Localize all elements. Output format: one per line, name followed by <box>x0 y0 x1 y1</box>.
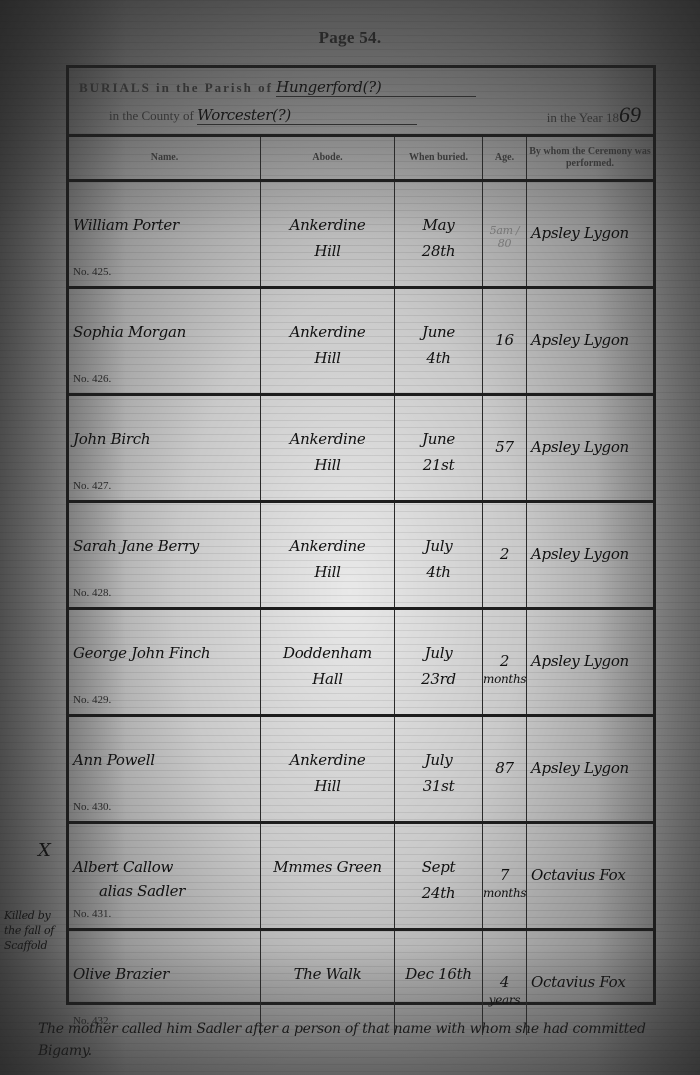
cell-officiant: Apsley Lygon <box>527 182 653 286</box>
entry-name: Olive Brazier <box>73 965 169 983</box>
header-when-buried: When buried. <box>395 137 483 179</box>
cell-abode: Doddenham Hall <box>261 610 395 714</box>
cell-age: 2 <box>483 503 527 607</box>
page-number: Page 54. <box>0 28 700 48</box>
header-age: Age. <box>483 137 527 179</box>
entry-day: 4th <box>395 349 482 367</box>
entry-abode: Doddenham <box>261 644 394 662</box>
entry-month: July <box>395 751 482 769</box>
entry-month: Dec 16th <box>395 965 482 983</box>
cell-officiant: Apsley Lygon <box>527 717 653 821</box>
cell-abode: Ankerdine Hill <box>261 396 395 500</box>
column-headers: Name. Abode. When buried. Age. By whom t… <box>69 137 653 182</box>
entry-month: July <box>395 537 482 555</box>
entry-age: 87 <box>483 759 526 777</box>
register-title: BURIALS in the Parish of Hungerford(?) i… <box>69 68 653 137</box>
county-name: Worcester(?) <box>197 106 417 125</box>
cell-date: June 4th <box>395 289 483 393</box>
entry-age: 16 <box>483 331 526 349</box>
entry-abode-line2: Hill <box>261 242 394 260</box>
entry-number: No. 429. <box>73 694 111 706</box>
entry-day: 21st <box>395 456 482 474</box>
cell-age: 16 <box>483 289 527 393</box>
entry-officiant: Apsley Lygon <box>531 224 629 242</box>
cell-abode: Ankerdine Hill <box>261 503 395 607</box>
entry-number: No. 427. <box>73 480 111 492</box>
entry-abode: Ankerdine <box>261 323 394 341</box>
entry-abode: Ankerdine <box>261 751 394 769</box>
title-prefix: BURIALS in the Parish of <box>79 80 273 95</box>
table-row: Sarah Jane Berry No. 428. Ankerdine Hill… <box>69 503 653 610</box>
entry-month: June <box>395 430 482 448</box>
entry-number: No. 425. <box>73 266 111 278</box>
entry-age-unit: years <box>483 993 526 1007</box>
parish-name: Hungerford(?) <box>276 78 476 97</box>
cell-name: John Birch No. 427. <box>69 396 261 500</box>
cell-name: Sarah Jane Berry No. 428. <box>69 503 261 607</box>
entry-age: 2 <box>483 545 526 563</box>
entry-number: No. 431. <box>73 908 111 920</box>
cell-officiant: Apsley Lygon <box>527 503 653 607</box>
cell-officiant: Octavius Fox <box>527 824 653 928</box>
margin-mark: X <box>38 840 51 861</box>
county-prefix: in the County of <box>109 108 194 123</box>
entry-abode-line2: Hill <box>261 777 394 795</box>
cell-name: George John Finch No. 429. <box>69 610 261 714</box>
entries-list: William Porter No. 425. Ankerdine Hill M… <box>69 182 653 1035</box>
cell-officiant: Apsley Lygon <box>527 289 653 393</box>
entry-month: Sept <box>395 858 482 876</box>
entry-abode: Ankerdine <box>261 216 394 234</box>
entry-number: No. 430. <box>73 801 111 813</box>
header-name: Name. <box>69 137 261 179</box>
cell-abode: Ankerdine Hill <box>261 717 395 821</box>
entry-day: 23rd <box>395 670 482 688</box>
cell-age: 87 <box>483 717 527 821</box>
entry-name: William Porter <box>73 216 179 234</box>
cell-date: July 4th <box>395 503 483 607</box>
year-prefix: in the Year 18 <box>547 110 619 125</box>
burial-register-table: BURIALS in the Parish of Hungerford(?) i… <box>66 65 656 1005</box>
cell-abode: Mmmes Green <box>261 824 395 928</box>
cell-date: July 23rd <box>395 610 483 714</box>
cell-name: Sophia Morgan No. 426. <box>69 289 261 393</box>
entry-number: No. 428. <box>73 587 111 599</box>
entry-officiant: Octavius Fox <box>531 866 626 884</box>
entry-abode: Ankerdine <box>261 537 394 555</box>
table-row: Albert Callow alias Sadler No. 431. Mmme… <box>69 824 653 931</box>
entry-age: 2 <box>483 652 526 670</box>
cell-officiant: Apsley Lygon <box>527 396 653 500</box>
header-abode: Abode. <box>261 137 395 179</box>
cell-age: 7 months <box>483 824 527 928</box>
cell-officiant: Apsley Lygon <box>527 610 653 714</box>
entry-age-unit: months <box>483 672 526 686</box>
cell-abode: Ankerdine Hill <box>261 289 395 393</box>
margin-note: Killed by the fall of Scaffold <box>4 908 64 953</box>
entry-abode: Mmmes Green <box>261 858 394 876</box>
table-row: Sophia Morgan No. 426. Ankerdine Hill Ju… <box>69 289 653 396</box>
entry-alias: alias Sadler <box>99 882 185 900</box>
entry-abode-line2: Hall <box>261 670 394 688</box>
cell-name: Albert Callow alias Sadler No. 431. <box>69 824 261 928</box>
entry-name: Sophia Morgan <box>73 323 186 341</box>
entry-month: June <box>395 323 482 341</box>
entry-age: 7 <box>483 866 526 884</box>
cell-age: 5am / 80 <box>483 182 527 286</box>
entry-name: Sarah Jane Berry <box>73 537 199 555</box>
entry-age: 4 <box>483 973 526 991</box>
entry-abode-line2: Hill <box>261 349 394 367</box>
table-row: John Birch No. 427. Ankerdine Hill June … <box>69 396 653 503</box>
entry-name: Ann Powell <box>73 751 155 769</box>
table-row: Ann Powell No. 430. Ankerdine Hill July … <box>69 717 653 824</box>
entry-number: No. 426. <box>73 373 111 385</box>
cell-date: July 31st <box>395 717 483 821</box>
entry-name: George John Finch <box>73 644 210 662</box>
entry-day: 28th <box>395 242 482 260</box>
entry-name: John Birch <box>73 430 150 448</box>
entry-officiant: Apsley Lygon <box>531 759 629 777</box>
entry-age-unit: months <box>483 886 526 900</box>
entry-day: 31st <box>395 777 482 795</box>
entry-officiant: Octavius Fox <box>531 973 626 991</box>
table-row: William Porter No. 425. Ankerdine Hill M… <box>69 182 653 289</box>
header-officiant: By whom the Ceremony was performed. <box>527 137 653 179</box>
entry-officiant: Apsley Lygon <box>531 438 629 456</box>
entry-age: 57 <box>483 438 526 456</box>
entry-day: 24th <box>395 884 482 902</box>
entry-officiant: Apsley Lygon <box>531 652 629 670</box>
footnote: The mother called him Sadler after a per… <box>38 1018 678 1062</box>
entry-abode: Ankerdine <box>261 430 394 448</box>
entry-abode-line2: Hill <box>261 456 394 474</box>
entry-abode-line2: Hill <box>261 563 394 581</box>
entry-month: May <box>395 216 482 234</box>
cell-age: 2 months <box>483 610 527 714</box>
cell-name: William Porter No. 425. <box>69 182 261 286</box>
entry-month: July <box>395 644 482 662</box>
entry-name: Albert Callow <box>73 858 173 876</box>
entry-officiant: Apsley Lygon <box>531 331 629 349</box>
entry-day: 4th <box>395 563 482 581</box>
cell-date: June 21st <box>395 396 483 500</box>
cell-age: 57 <box>483 396 527 500</box>
cell-date: May 28th <box>395 182 483 286</box>
cell-abode: Ankerdine Hill <box>261 182 395 286</box>
entry-abode: The Walk <box>261 965 394 983</box>
entry-officiant: Apsley Lygon <box>531 545 629 563</box>
cell-name: Ann Powell No. 430. <box>69 717 261 821</box>
year-suffix: 69 <box>619 102 641 127</box>
entry-age-faint: 5am / 80 <box>483 224 526 250</box>
table-row: George John Finch No. 429. Doddenham Hal… <box>69 610 653 717</box>
cell-date: Sept 24th <box>395 824 483 928</box>
